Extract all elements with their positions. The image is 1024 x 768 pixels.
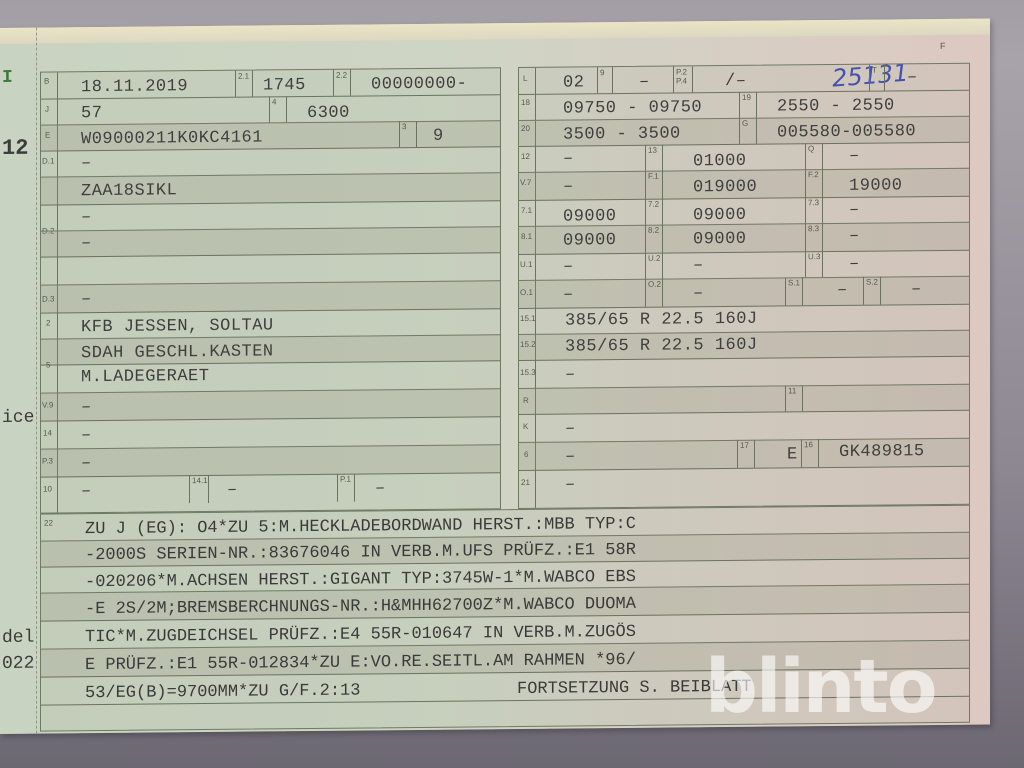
field-5-type-cont: M.LADEGERAET xyxy=(81,367,209,387)
left-field-grid: B 18.11.2019 2.1 1745 2.2 00000000- J 57… xyxy=(40,67,501,513)
registration-document: I 12 ice del 022 25131 F B 18.11.2019 2.… xyxy=(0,18,990,734)
field-2-1-value: 1745 xyxy=(263,76,306,95)
margin-fragment: 022 xyxy=(2,654,34,674)
field-G-mass: 005580-005580 xyxy=(777,122,916,142)
field-20-height: 3500 - 3500 xyxy=(563,124,681,144)
field-3-value: 9 xyxy=(433,127,444,146)
field-4-value: 6300 xyxy=(307,104,350,123)
field-D1-value: ZAA18SIKL xyxy=(81,181,177,201)
left-margin-strip: I 12 ice del 022 xyxy=(0,28,37,734)
field-E-value: W09000211K0KC4161 xyxy=(81,128,263,149)
field-15-2-tyre: 385/65 R 22.5 160J xyxy=(565,336,758,357)
field-15-1-tyre: 385/65 R 22.5 160J xyxy=(565,310,758,331)
field-5-type: SDAH GESCHL.KASTEN xyxy=(81,342,274,363)
field-J-value: 57 xyxy=(81,104,102,123)
field-16-value: GK489815 xyxy=(839,442,925,462)
field-B-value: 18.11.2019 xyxy=(81,77,188,97)
field-row-21: 21 – xyxy=(519,466,969,498)
field-19-width: 2550 - 2550 xyxy=(777,96,895,116)
right-field-grid: L 02 9 – P.2 P.4 /– T – 18 09750 - 09750… xyxy=(518,63,970,509)
field-F1-value: 019000 xyxy=(693,178,757,198)
field-2-2-value: 00000000- xyxy=(371,75,467,95)
corner-mark: F xyxy=(940,41,946,51)
field-2-manufacturer: KFB JESSEN, SOLTAU xyxy=(81,316,274,337)
field-18-length: 09750 - 09750 xyxy=(563,98,702,118)
margin-fragment: ice xyxy=(2,408,34,428)
margin-fragment: 12 xyxy=(2,136,28,161)
remarks-line: 53/EG(B)=9700MM*ZU G/F.2:13 xyxy=(85,682,360,704)
blinto-watermark-logo: blinto xyxy=(705,650,936,724)
field-row-10: 10 – 14.1 – P.1 – xyxy=(41,472,500,504)
field-F2-value: 19000 xyxy=(849,176,903,196)
margin-fragment: del xyxy=(2,628,34,648)
margin-fragment: I xyxy=(2,68,13,88)
